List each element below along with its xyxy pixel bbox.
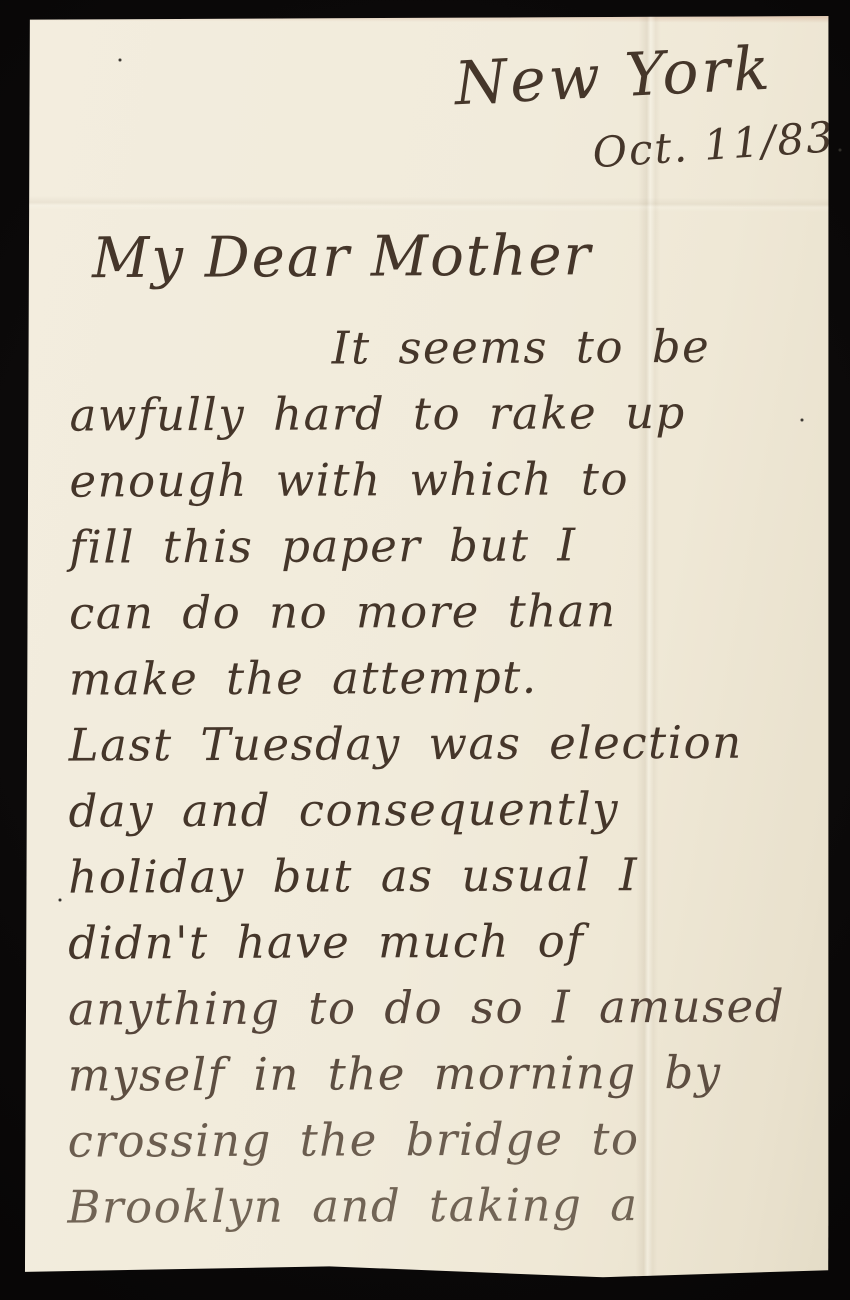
letter-body: It seems to be awfully hard to rake up e…: [67, 320, 817, 1246]
salutation: My Dear Mother: [92, 223, 593, 291]
letter-line: awfully hard to rake up: [69, 385, 817, 454]
letter-scan-background: New York Oct. 11/83. My Dear Mother It s…: [0, 0, 850, 1300]
letter-line: enough with which to: [69, 451, 817, 520]
letter-line: day and consequently: [68, 781, 816, 850]
letter-page: New York Oct. 11/83. My Dear Mother It s…: [23, 14, 831, 1279]
letter-line: Last Tuesday was election: [69, 715, 817, 784]
dateline-date: Oct. 11/83.: [591, 111, 850, 177]
letter-line: can do no more than: [69, 583, 817, 652]
letter-line: holiday but as usual I: [68, 847, 816, 916]
letter-line: make the attempt.: [69, 649, 817, 718]
letter-line: didn't have much of: [68, 913, 816, 982]
dateline-place: New York: [453, 34, 774, 120]
letter-line: anything to do so I amused: [68, 979, 816, 1048]
letter-line: It seems to be: [70, 319, 818, 388]
horizontal-fold-crease: [26, 196, 831, 212]
letter-line: Brooklyn and taking a: [67, 1177, 815, 1246]
letter-line: myself in the morning by: [68, 1045, 816, 1114]
letter-line: fill this paper but I: [69, 517, 817, 586]
letter-line: crossing the bridge to: [68, 1111, 816, 1180]
